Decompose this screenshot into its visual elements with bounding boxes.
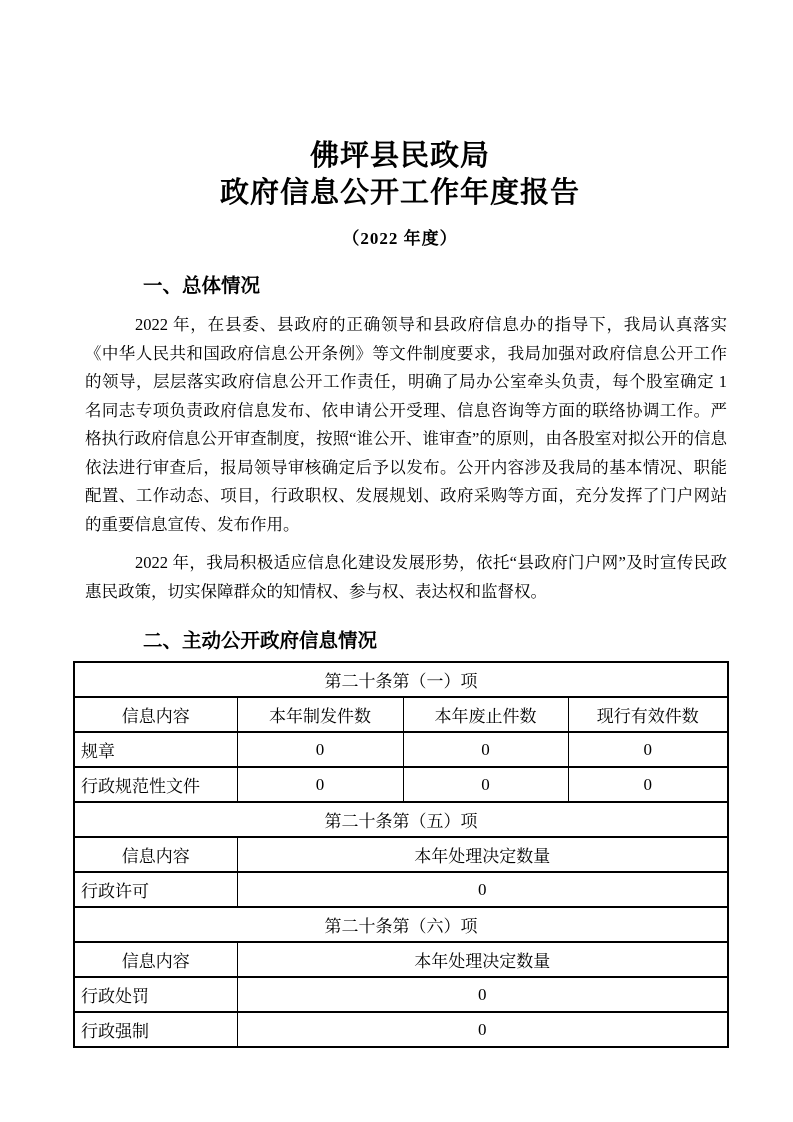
part1-col-header-issued: 本年制发件数 [237, 697, 403, 732]
part3-title-cell: 第二十条第（六）项 [74, 907, 728, 942]
regulations-label: 规章 [74, 732, 237, 767]
doc-title-line-2: 政府信息公开工作年度报告 [73, 175, 727, 212]
administrative-penalty-value: 0 [237, 977, 728, 1012]
document-page: 佛坪县民政局 政府信息公开工作年度报告 （2022 年度） 一、总体情况 202… [0, 0, 793, 1122]
regulations-issued-value: 0 [237, 732, 403, 767]
table-row-part1-headers: 信息内容 本年制发件数 本年废止件数 现行有效件数 [74, 697, 728, 732]
part3-col-header-decisions: 本年处理决定数量 [237, 942, 728, 977]
doc-title-line-1: 佛坪县民政局 [73, 138, 727, 175]
table-row-part3-headers: 信息内容 本年处理决定数量 [74, 942, 728, 977]
administrative-license-value: 0 [237, 872, 728, 907]
administrative-coercion-label: 行政强制 [74, 1012, 237, 1047]
normative-documents-repealed-value: 0 [403, 767, 568, 802]
regulations-valid-value: 0 [568, 732, 728, 767]
part2-col-header-content: 信息内容 [74, 837, 237, 872]
administrative-license-label: 行政许可 [74, 872, 237, 907]
normative-documents-valid-value: 0 [568, 767, 728, 802]
part1-col-header-repealed: 本年废止件数 [403, 697, 568, 732]
administrative-penalty-label: 行政处罚 [74, 977, 237, 1012]
normative-documents-label: 行政规范性文件 [74, 767, 237, 802]
part1-col-header-valid: 现行有效件数 [568, 697, 728, 732]
table-row-part2-title: 第二十条第（五）项 [74, 802, 728, 837]
table-row-part3-title: 第二十条第（六）项 [74, 907, 728, 942]
part1-col-header-content: 信息内容 [74, 697, 237, 732]
table-row-part1-title: 第二十条第（一）项 [74, 662, 728, 697]
table-row-administrative-penalty: 行政处罚 0 [74, 977, 728, 1012]
overview-paragraph-2: 2022 年，我局积极适应信息化建设发展形势，依托“县政府门户网”及时宣传民政惠… [85, 549, 727, 606]
part2-col-header-decisions: 本年处理决定数量 [237, 837, 728, 872]
table-row-part2-headers: 信息内容 本年处理决定数量 [74, 837, 728, 872]
overview-paragraph-1: 2022 年，在县委、县政府的正确领导和县政府信息办的指导下，我局认真落实《中华… [85, 311, 727, 539]
regulations-repealed-value: 0 [403, 732, 568, 767]
table-row-regulations: 规章 0 0 0 [74, 732, 728, 767]
part3-col-header-content: 信息内容 [74, 942, 237, 977]
table-row-administrative-license: 行政许可 0 [74, 872, 728, 907]
section-heading-overview: 一、总体情况 [143, 273, 727, 299]
disclosure-table: 第二十条第（一）项 信息内容 本年制发件数 本年废止件数 现行有效件数 规章 0… [73, 661, 729, 1048]
doc-subtitle: （2022 年度） [73, 227, 727, 251]
table-row-normative-documents: 行政规范性文件 0 0 0 [74, 767, 728, 802]
part2-title-cell: 第二十条第（五）项 [74, 802, 728, 837]
administrative-coercion-value: 0 [237, 1012, 728, 1047]
normative-documents-issued-value: 0 [237, 767, 403, 802]
table-row-administrative-coercion: 行政强制 0 [74, 1012, 728, 1047]
part1-title-cell: 第二十条第（一）项 [74, 662, 728, 697]
section-heading-disclosure: 二、主动公开政府信息情况 [143, 628, 727, 654]
